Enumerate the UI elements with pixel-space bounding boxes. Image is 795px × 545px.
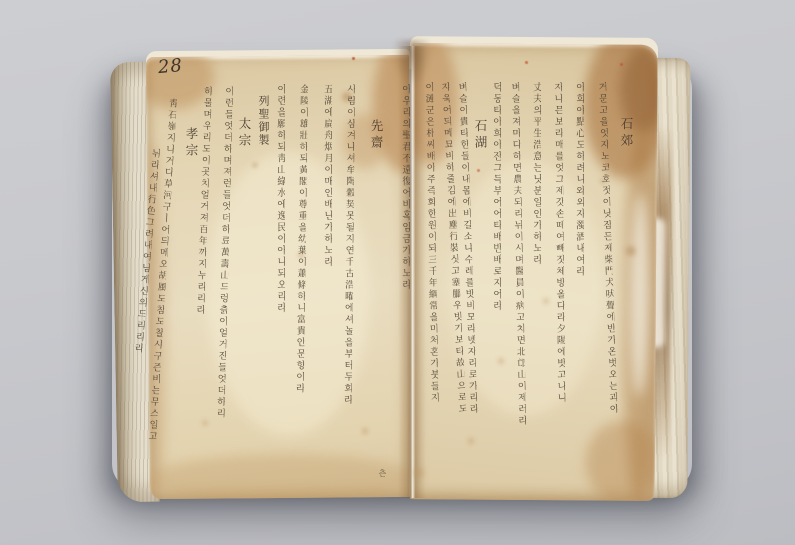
section-header-seokho: 石湖 (471, 119, 487, 165)
catchword: 츤 (376, 469, 386, 491)
page-number: 28 (157, 55, 184, 78)
vermilion-specks (0, 0, 3, 3)
poem-column: 덕동타아희아잔그득부어어타배반배로지어라 (487, 82, 501, 322)
section-header-seokgyo: 石郊 (617, 117, 633, 163)
photo-background: 28 石郊 거문고을엇자노코호젓이낫잠든제柴門犬吠聲에반가온벗오는괴야 아희야點… (0, 0, 795, 545)
poem-column: 아희야點心도하려니와외자濁酒내여라 (570, 82, 584, 306)
poem-column: 아우리의聖君不遠復어비혹임금가하노라 (396, 84, 410, 334)
section-header-taejong: 太宗 (235, 117, 251, 163)
poem-column: 이련을願하되靑山綠水에逸民이아니되오리라 (271, 84, 285, 372)
poem-column: 五湖에扁舟烟月이매인배닌가하노라 (318, 84, 332, 332)
poem-column: 丈夫의平生浩意는닛분일인가하노라 (527, 82, 541, 334)
section-header-hyojong: 孝宗 (182, 127, 198, 173)
stain-blotch (146, 453, 413, 499)
stain-blotch (585, 420, 657, 500)
section-header-yeolseong-eoje: 列聖御製 (253, 95, 269, 167)
section-header-seonjae: 先齋 (367, 119, 383, 165)
